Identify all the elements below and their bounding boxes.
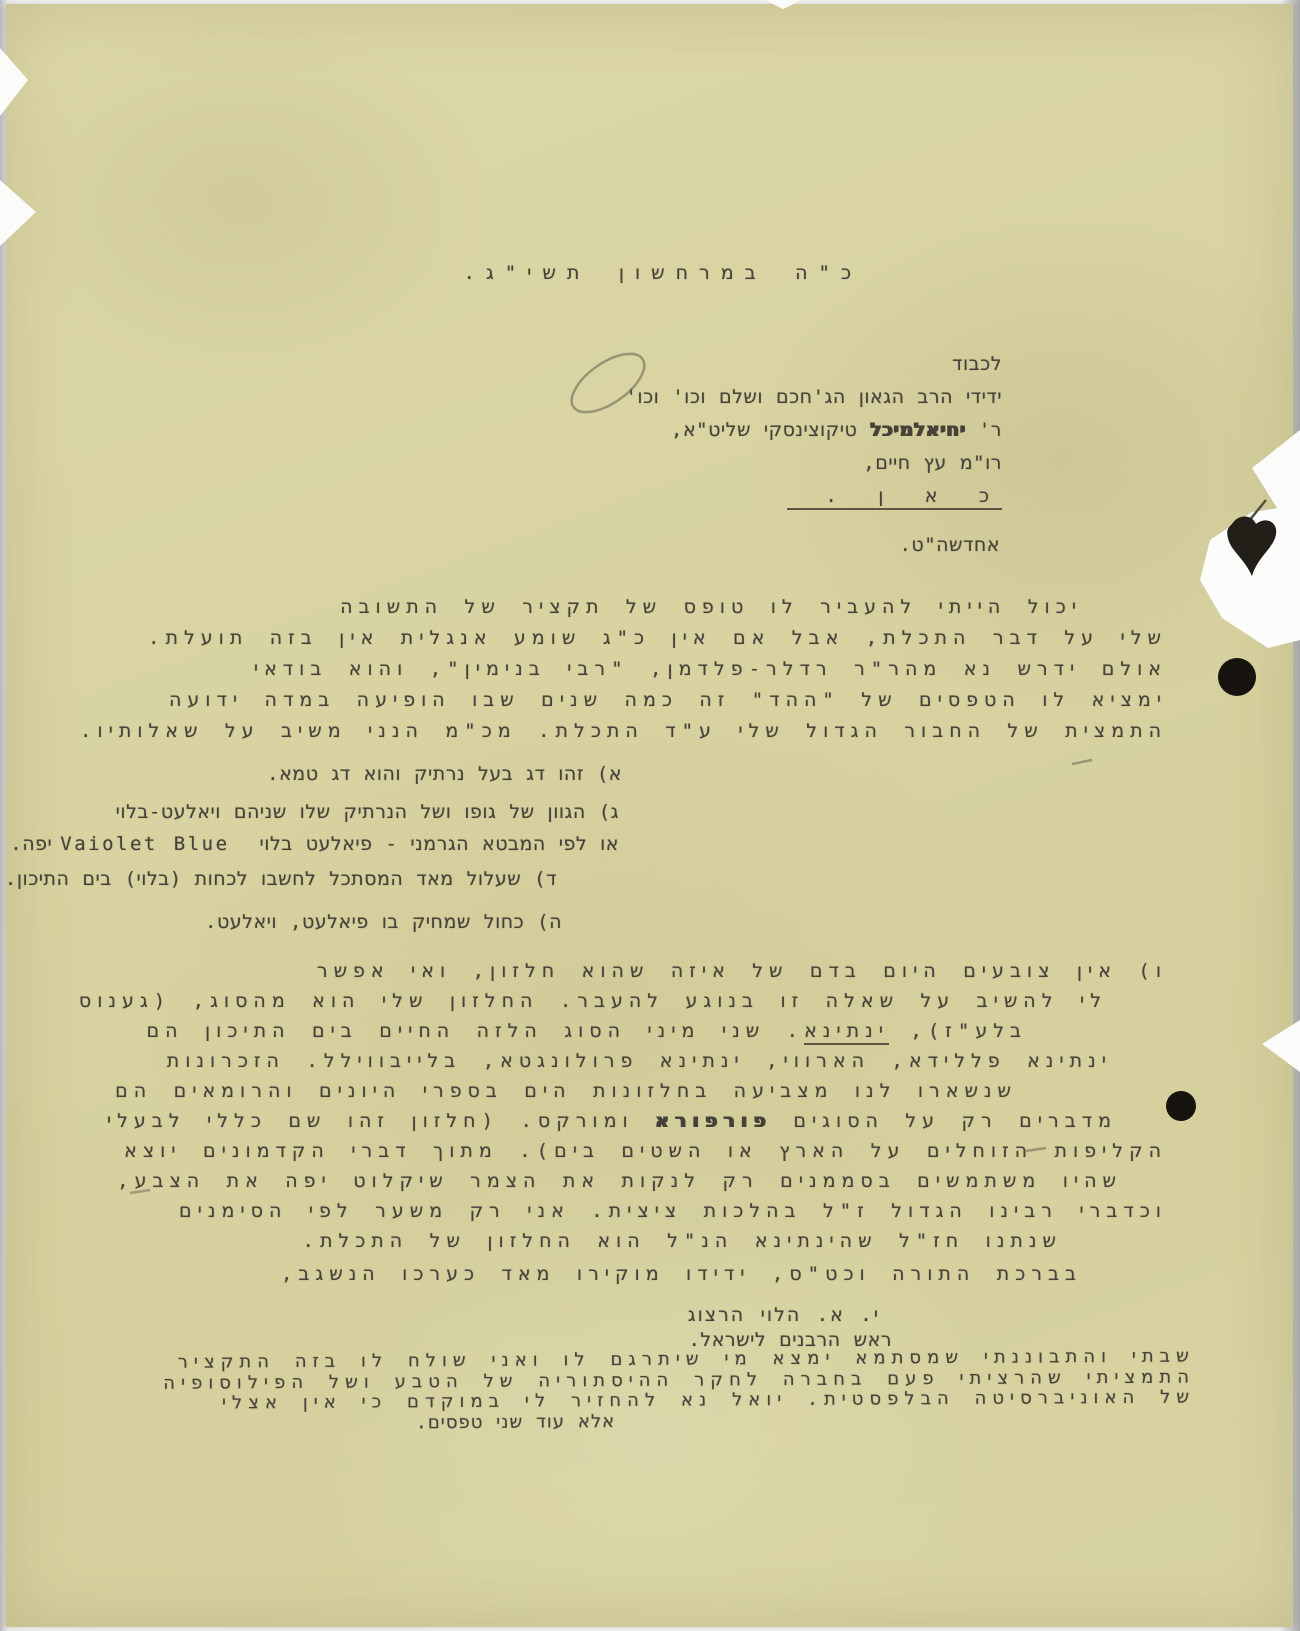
- german-pronunciation-text: או לפי המבטא הגרמני - פיאלעט בלוי: [260, 833, 619, 855]
- letter-line: לי להשיב על שאלה זו בנוגע להעבר. החלזון …: [95, 986, 1167, 1016]
- signature-block: י. א. הלוי הרצוג ראש הרבנים לישראל.: [688, 1303, 880, 1353]
- line-prefix: מדברים רק על הסוגים: [772, 1110, 1117, 1132]
- list-item-g: ג) הגוון של גופו ושל הנרתיק שלו שניהם וי…: [95, 796, 1167, 828]
- letter-line: שנתנו חז"ל שהינתינא הנ"ל הוא החלזון של ה…: [95, 1226, 1167, 1256]
- letter-body: יכול הייתי להעביר לו טופס של תקציר של הת…: [95, 592, 1167, 1289]
- list-item-h: ה) כחול שמחיק בו פיאלעט, ויאלעט.: [95, 906, 1167, 938]
- letter-line: וכדברי רבינו הגדול ז"ל בהלכות ציצית. אני…: [95, 1196, 1167, 1226]
- recipient-name-prefix: ר': [966, 419, 1002, 441]
- letter-line: בלע"ז), ינתינא. שני מיני הסוג הלזה החיים…: [95, 1016, 1167, 1046]
- scanned-letter-page: כ"ה במרחשון תשי"ג. לכבוד ידידי הרב הגאון…: [0, 0, 1300, 1631]
- list-item-g-line2: או לפי המבטא הגרמני - פיאלעט בלויVaiolet…: [95, 828, 1167, 860]
- recipient-city-line: כ א ן .: [625, 480, 1002, 513]
- line-prefix: בלע"ז),: [889, 1020, 1027, 1042]
- list-item-a: א) זהו דג בעל נרתיק והוא דג טמא.: [95, 758, 1167, 790]
- letter-line: מדברים רק על הסוגים פורפורא ומורקס. (חלז…: [95, 1106, 1167, 1136]
- letter-line: שנשארו לנו מצביעה בחלזונות הים בספרי היו…: [95, 1076, 1167, 1106]
- greeting-line: אחדשה"ט.: [899, 534, 1000, 556]
- recipient-title-line: רו"מ עץ חיים,: [625, 447, 1002, 480]
- recipient-name-suffix: טיקוצינסקי שליט"א,: [671, 419, 870, 441]
- recipient-name-line: ר' יחיאלמיכל טיקוצינסקי שליט"א,: [625, 414, 1002, 447]
- list-item-d: ד) שעלול מאד המסתכל לחשבו לכחות (בלוי) ב…: [95, 863, 1167, 895]
- letter-line: ו) אין צובעים היום בדם של איזה שהוא חלזו…: [95, 956, 1167, 986]
- date-line: כ"ה במרחשון תשי"ג.: [463, 262, 862, 284]
- recipient-name-overstruck: יחיאלמיכל: [870, 419, 966, 441]
- janthina-underlined: ינתינא: [804, 1020, 889, 1045]
- letter-line: הקליפות הזוחלים על הארץ או השטים בים). מ…: [95, 1136, 1167, 1166]
- letter-line: שהיו משתמשים בסממנים רק לנקות את הצמר שי…: [95, 1166, 1167, 1196]
- line-suffix: . שני מיני הסוג הלזה החיים בים התיכון הם: [147, 1020, 805, 1042]
- recipient-block: לכבוד ידידי הרב הגאון הג'חכם ושלם וכו' ו…: [625, 348, 1002, 513]
- line-suffix: ומורקס. (חלזון זהו שם כללי לבעלי: [107, 1110, 655, 1132]
- letter-line: שלי על דבר התכלת, אבל אם אין כ"ג שומע אנ…: [95, 623, 1167, 654]
- purpura-overstruck: פורפורא: [655, 1110, 772, 1132]
- latin-color-term: Vaiolet Blue: [60, 833, 229, 855]
- postscript-block: שבתי והתבוננתי שמסתמא ימצא מי שיתרגם לו …: [55, 1347, 1195, 1436]
- letter-line: אולם ידרש נא מהר"ר רדלר-פלדמן, "רבי בנימ…: [95, 654, 1167, 685]
- letter-line: ימציא לו הטפסים של "ההד" זה כמה שנים שבו…: [95, 685, 1167, 716]
- recipient-salutation: לכבוד: [625, 348, 1002, 381]
- closing-line: בברכת התורה וכט"ס, ידידו מוקירו מאד כערכ…: [95, 1259, 1167, 1289]
- signature-name: י. א. הלוי הרצוג: [688, 1303, 880, 1328]
- letter-line: יכול הייתי להעביר לו טופס של תקציר של הת…: [95, 592, 1167, 623]
- recipient-honorific-line: ידידי הרב הגאון הג'חכם ושלם וכו' וכו': [625, 381, 1002, 414]
- recipient-city-underlined: כ א ן .: [787, 485, 1002, 510]
- letter-line: ינתינא פללידא, הארווי, ינתינא פרולונגטא,…: [95, 1046, 1167, 1076]
- list-item-g-tail: יפה.: [10, 833, 52, 855]
- letter-line: התמצית של החבור הגדול שלי ע"ד התכלת. מכ"…: [95, 716, 1167, 747]
